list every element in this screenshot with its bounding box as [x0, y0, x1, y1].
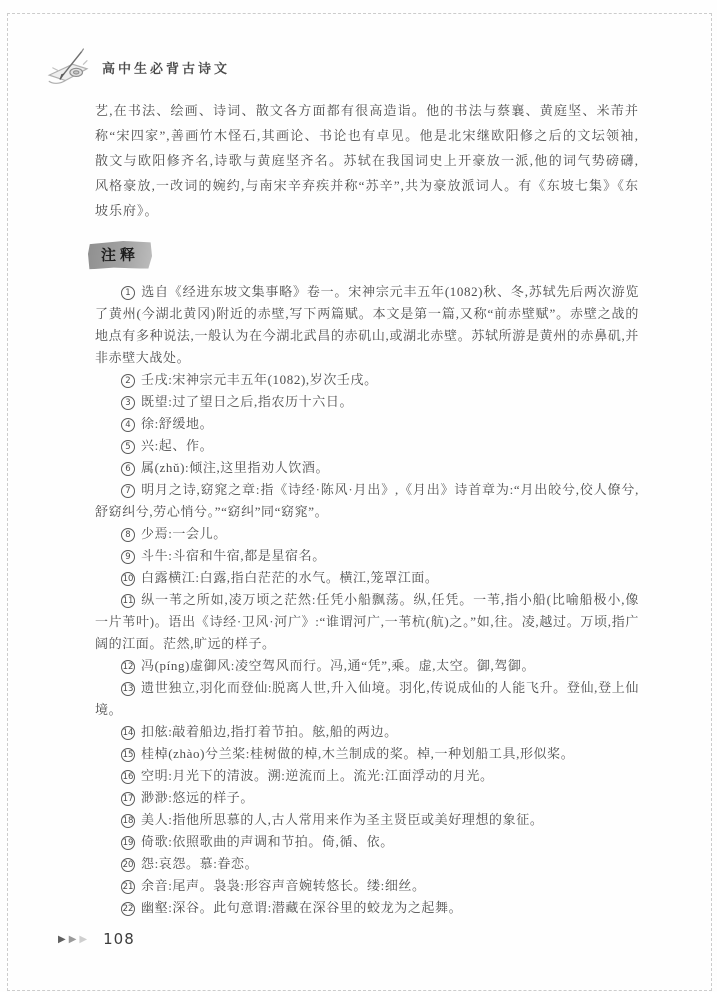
annotation-item: 4徐:舒缓地。: [95, 413, 639, 435]
annotation-item: 8少焉:一会儿。: [95, 523, 639, 545]
page-number: 108: [103, 930, 135, 948]
annotation-item: 9斗牛:斗宿和牛宿,都是星宿名。: [95, 545, 639, 567]
annotation-number: 18: [121, 814, 135, 828]
book-title: 高中生必背古诗文: [102, 58, 230, 77]
annotation-number: 10: [121, 572, 135, 586]
annotation-number: 12: [121, 660, 135, 674]
annotation-number: 15: [121, 748, 135, 762]
annotation-text: 白露横江:白露,指白茫茫的水气。横江,笼罩江面。: [141, 570, 439, 585]
annotation-text: 渺渺:悠远的样子。: [141, 790, 254, 805]
textbook-page: 高中生必背古诗文 艺,在书法、绘画、诗词、散文各方面都有很高造诣。他的书法与蔡襄…: [0, 0, 717, 992]
annotation-number: 16: [121, 770, 135, 784]
annotation-number: 19: [121, 836, 135, 850]
annotation-text: 空明:月光下的清波。溯:逆流而上。流光:江面浮动的月光。: [141, 768, 494, 783]
annotation-item: 2壬戌:宋神宗元丰五年(1082),岁次壬戌。: [95, 369, 639, 391]
brush-scroll-icon: [42, 44, 96, 90]
annotation-item: 19倚歌:依照歌曲的声调和节拍。倚,循、依。: [95, 831, 639, 853]
annotations-list: 1选自《经进东坡文集事略》卷一。宋神宗元丰五年(1082)秋、冬,苏轼先后两次游…: [95, 281, 639, 919]
annotation-item: 10白露横江:白露,指白茫茫的水气。横江,笼罩江面。: [95, 567, 639, 589]
annotation-item: 13遗世独立,羽化而登仙:脱离人世,升入仙境。羽化,传说成仙的人能飞升。登仙,登…: [95, 677, 639, 721]
annotation-item: 1选自《经进东坡文集事略》卷一。宋神宗元丰五年(1082)秋、冬,苏轼先后两次游…: [95, 281, 639, 369]
annotation-text: 纵一苇之所如,凌万顷之茫然:任凭小船飘荡。纵,任凭。一苇,指小船(比喻船极小,像…: [95, 592, 639, 651]
annotation-text: 扣舷:敲着船边,指打着节拍。舷,船的两边。: [141, 724, 398, 739]
annotation-text: 徐:舒缓地。: [141, 416, 213, 431]
annotation-item: 20怨:哀怨。慕:眷恋。: [95, 853, 639, 875]
annotation-item: 14扣舷:敲着船边,指打着节拍。舷,船的两边。: [95, 721, 639, 743]
annotation-item: 16空明:月光下的清波。溯:逆流而上。流光:江面浮动的月光。: [95, 765, 639, 787]
annotation-number: 20: [121, 858, 135, 872]
annotation-text: 幽壑:深谷。此句意谓:潜藏在深谷里的蛟龙为之起舞。: [141, 900, 462, 915]
triangle-arrow-icon: ▶: [79, 934, 87, 945]
annotation-text: 壬戌:宋神宗元丰五年(1082),岁次壬戌。: [141, 372, 378, 387]
annotation-text: 少焉:一会儿。: [141, 526, 227, 541]
annotation-number: 14: [121, 726, 135, 740]
annotation-number: 8: [121, 528, 135, 542]
triangle-arrow-icon: ▶: [58, 934, 66, 945]
annotation-text: 斗牛:斗宿和牛宿,都是星宿名。: [141, 548, 326, 563]
annotation-item: 22幽壑:深谷。此句意谓:潜藏在深谷里的蛟龙为之起舞。: [95, 897, 639, 919]
annotation-item: 7明月之诗,窈窕之章:指《诗经·陈风·月出》,《月出》诗首章为:“月出皎兮,佼人…: [95, 479, 639, 523]
annotation-number: 7: [121, 484, 135, 498]
annotation-text: 遗世独立,羽化而登仙:脱离人世,升入仙境。羽化,传说成仙的人能飞升。登仙,登上仙…: [95, 680, 639, 717]
annotation-number: 4: [121, 418, 135, 432]
annotation-text: 属(zhǔ):倾注,这里指劝人饮酒。: [141, 460, 329, 475]
annotation-text: 明月之诗,窈窕之章:指《诗经·陈风·月出》,《月出》诗首章为:“月出皎兮,佼人僚…: [95, 482, 639, 519]
annotation-text: 选自《经进东坡文集事略》卷一。宋神宗元丰五年(1082)秋、冬,苏轼先后两次游览…: [95, 284, 639, 365]
annotation-item: 17渺渺:悠远的样子。: [95, 787, 639, 809]
annotation-number: 13: [121, 682, 135, 696]
intro-paragraph: 艺,在书法、绘画、诗词、散文各方面都有很高造诣。他的书法与蔡襄、黄庭坚、米芾并称…: [95, 98, 639, 223]
annotation-item: 15桂棹(zhào)兮兰桨:桂树做的棹,木兰制成的桨。棹,一种划船工具,形似桨。: [95, 743, 639, 765]
annotation-text: 兴:起、作。: [141, 438, 213, 453]
annotation-number: 17: [121, 792, 135, 806]
section-badge-annotations: 注释: [88, 241, 152, 270]
annotation-item: 12冯(píng)虚御风:凌空驾风而行。冯,通“凭”,乘。虚,太空。御,驾御。: [95, 655, 639, 677]
annotation-number: 3: [121, 396, 135, 410]
annotation-item: 21余音:尾声。袅袅:形容声音婉转悠长。缕:细丝。: [95, 875, 639, 897]
annotation-number: 2: [121, 374, 135, 388]
annotation-text: 桂棹(zhào)兮兰桨:桂树做的棹,木兰制成的桨。棹,一种划船工具,形似桨。: [141, 746, 574, 761]
annotation-text: 余音:尾声。袅袅:形容声音婉转悠长。缕:细丝。: [141, 878, 426, 893]
annotation-number: 22: [121, 902, 135, 916]
annotation-number: 1: [121, 286, 135, 300]
annotation-item: 6属(zhǔ):倾注,这里指劝人饮酒。: [95, 457, 639, 479]
annotation-item: 11纵一苇之所如,凌万顷之茫然:任凭小船飘荡。纵,任凭。一苇,指小船(比喻船极小…: [95, 589, 639, 655]
annotation-text: 冯(píng)虚御风:凌空驾风而行。冯,通“凭”,乘。虚,太空。御,驾御。: [141, 658, 535, 673]
annotation-number: 11: [121, 594, 135, 608]
page-footer: ▶ ▶ ▶ 108: [58, 930, 135, 948]
annotation-text: 怨:哀怨。慕:眷恋。: [141, 856, 258, 871]
annotation-item: 5兴:起、作。: [95, 435, 639, 457]
annotation-item: 3既望:过了望日之后,指农历十六日。: [95, 391, 639, 413]
page-content: 艺,在书法、绘画、诗词、散文各方面都有很高造诣。他的书法与蔡襄、黄庭坚、米芾并称…: [95, 98, 639, 919]
annotation-number: 6: [121, 462, 135, 476]
page-header: 高中生必背古诗文: [42, 44, 230, 90]
annotation-text: 既望:过了望日之后,指农历十六日。: [141, 394, 353, 409]
triangle-arrow-icon: ▶: [69, 934, 77, 945]
annotation-number: 21: [121, 880, 135, 894]
annotation-number: 9: [121, 550, 135, 564]
annotation-text: 倚歌:依照歌曲的声调和节拍。倚,循、依。: [141, 834, 394, 849]
annotation-number: 5: [121, 440, 135, 454]
annotation-item: 18美人:指他所思慕的人,古人常用来作为圣主贤臣或美好理想的象征。: [95, 809, 639, 831]
annotation-text: 美人:指他所思慕的人,古人常用来作为圣主贤臣或美好理想的象征。: [141, 812, 543, 827]
